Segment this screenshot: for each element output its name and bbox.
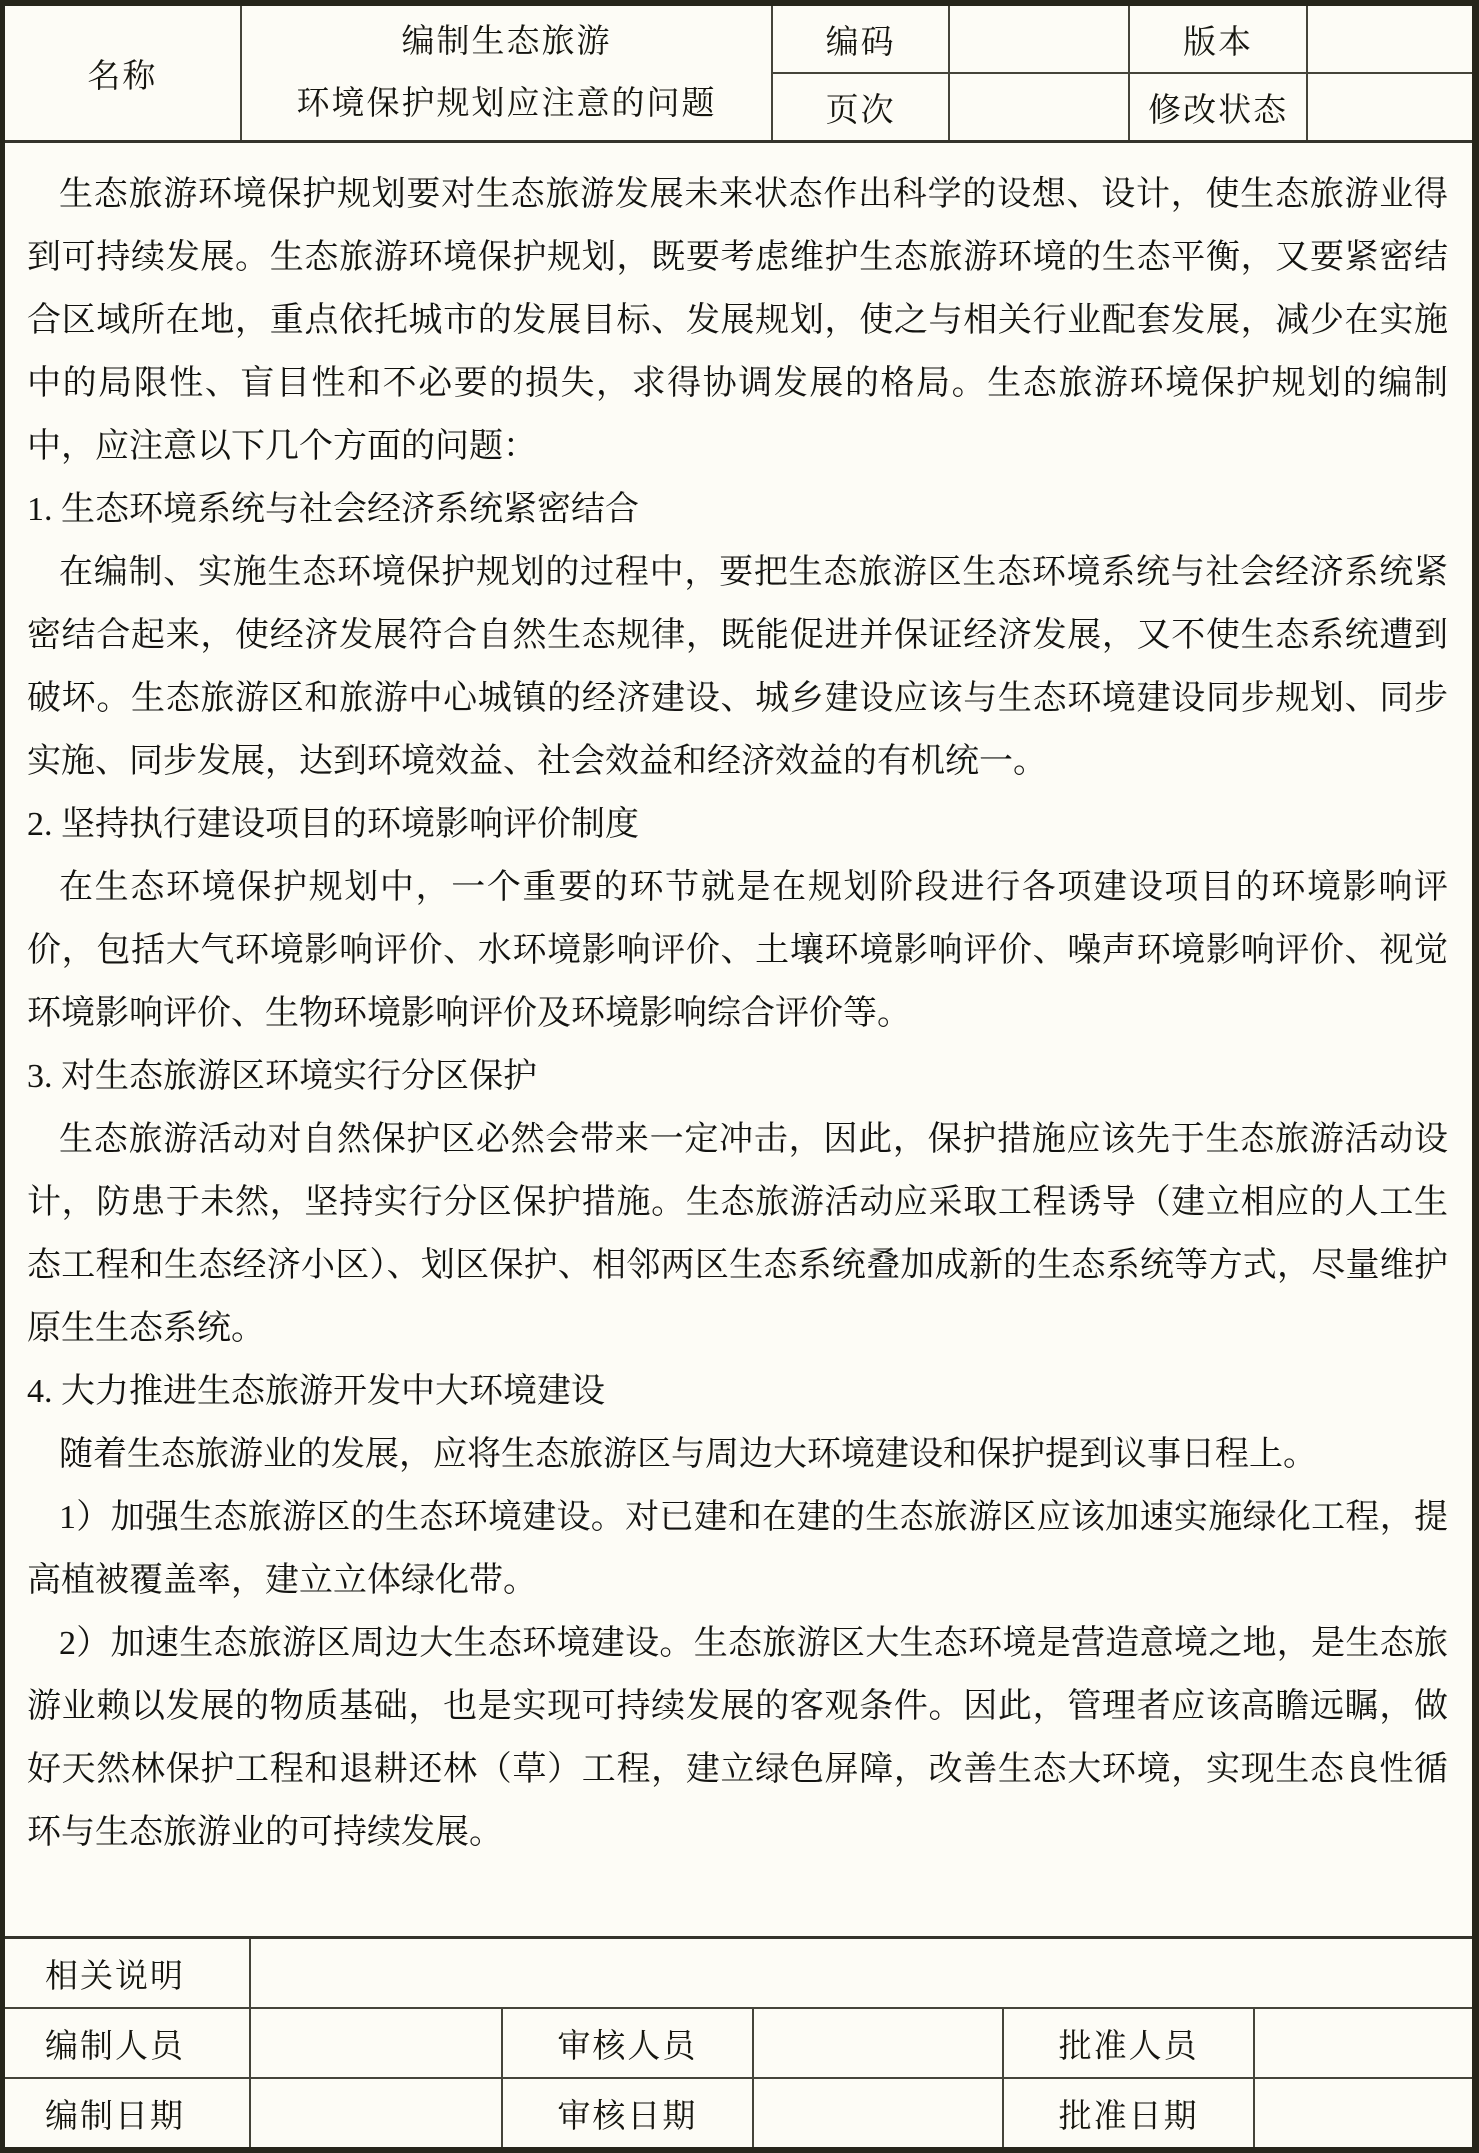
footer-table: 相关说明 编制人员 审核人员 批准人员 编制日期 审核日期 批准日期 — [5, 1936, 1472, 2147]
document-body: 生态旅游环境保护规划要对生态旅游发展未来状态作出科学的设想、设计，使生态旅游业得… — [5, 143, 1472, 1936]
reviewer-label: 审核人员 — [503, 2009, 752, 2077]
body-paragraph: 随着生态旅游业的发展，应将生态旅游区与周边大环境建设和保护提到议事日程上。 — [27, 1423, 1448, 1486]
page-label: 页次 — [773, 74, 948, 140]
approver-label: 批准人员 — [1004, 2009, 1253, 2077]
revision-status-value — [1308, 74, 1472, 140]
code-value — [950, 6, 1128, 72]
section-heading: 2. 坚持执行建设项目的环境影响评价制度 — [27, 793, 1448, 856]
version-label: 版本 — [1130, 6, 1306, 72]
header-table: 名称 编制生态旅游 环境保护规划应注意的问题 编码 版本 页次 修改状态 — [5, 6, 1472, 143]
maker-value — [251, 2009, 500, 2077]
related-notes-value — [251, 1939, 1472, 2007]
approve-date-value — [1255, 2079, 1472, 2147]
page-value — [950, 74, 1128, 140]
name-label: 名称 — [5, 6, 240, 140]
maker-label: 编制人员 — [5, 2009, 249, 2077]
body-paragraph: 2）加速生态旅游区周边大生态环境建设。生态旅游区大生态环境是营造意境之地，是生态… — [27, 1612, 1448, 1864]
section-heading: 1. 生态环境系统与社会经济系统紧密结合 — [27, 478, 1448, 541]
approver-value — [1255, 2009, 1472, 2077]
make-date-value — [251, 2079, 500, 2147]
body-paragraph: 生态旅游环境保护规划要对生态旅游发展未来状态作出科学的设想、设计，使生态旅游业得… — [27, 163, 1448, 478]
document-page: 名称 编制生态旅游 环境保护规划应注意的问题 编码 版本 页次 修改状态 生态旅… — [0, 0, 1479, 2153]
version-value — [1308, 6, 1472, 72]
document-title-line2: 环境保护规划应注意的问题 — [297, 73, 717, 135]
related-notes-label: 相关说明 — [5, 1939, 249, 2007]
reviewer-value — [754, 2009, 1002, 2077]
document-title: 编制生态旅游 环境保护规划应注意的问题 — [242, 6, 772, 140]
section-heading: 4. 大力推进生态旅游开发中大环境建设 — [27, 1360, 1448, 1423]
review-date-label: 审核日期 — [503, 2079, 752, 2147]
body-paragraph: 在编制、实施生态环境保护规划的过程中，要把生态旅游区生态环境系统与社会经济系统紧… — [27, 541, 1448, 793]
document-title-line1: 编制生态旅游 — [402, 11, 612, 73]
body-paragraph: 生态旅游活动对自然保护区必然会带来一定冲击，因此，保护措施应该先于生态旅游活动设… — [27, 1108, 1448, 1360]
section-heading: 3. 对生态旅游区环境实行分区保护 — [27, 1045, 1448, 1108]
review-date-value — [754, 2079, 1002, 2147]
document-sheet: 名称 编制生态旅游 环境保护规划应注意的问题 编码 版本 页次 修改状态 生态旅… — [5, 6, 1472, 2147]
approve-date-label: 批准日期 — [1004, 2079, 1253, 2147]
body-paragraph: 在生态环境保护规划中，一个重要的环节就是在规划阶段进行各项建设项目的环境影响评价… — [27, 856, 1448, 1045]
body-paragraph: 1）加强生态旅游区的生态环境建设。对已建和在建的生态旅游区应该加速实施绿化工程，… — [27, 1486, 1448, 1612]
code-label: 编码 — [773, 6, 948, 72]
make-date-label: 编制日期 — [5, 2079, 249, 2147]
revision-status-label: 修改状态 — [1130, 74, 1306, 140]
